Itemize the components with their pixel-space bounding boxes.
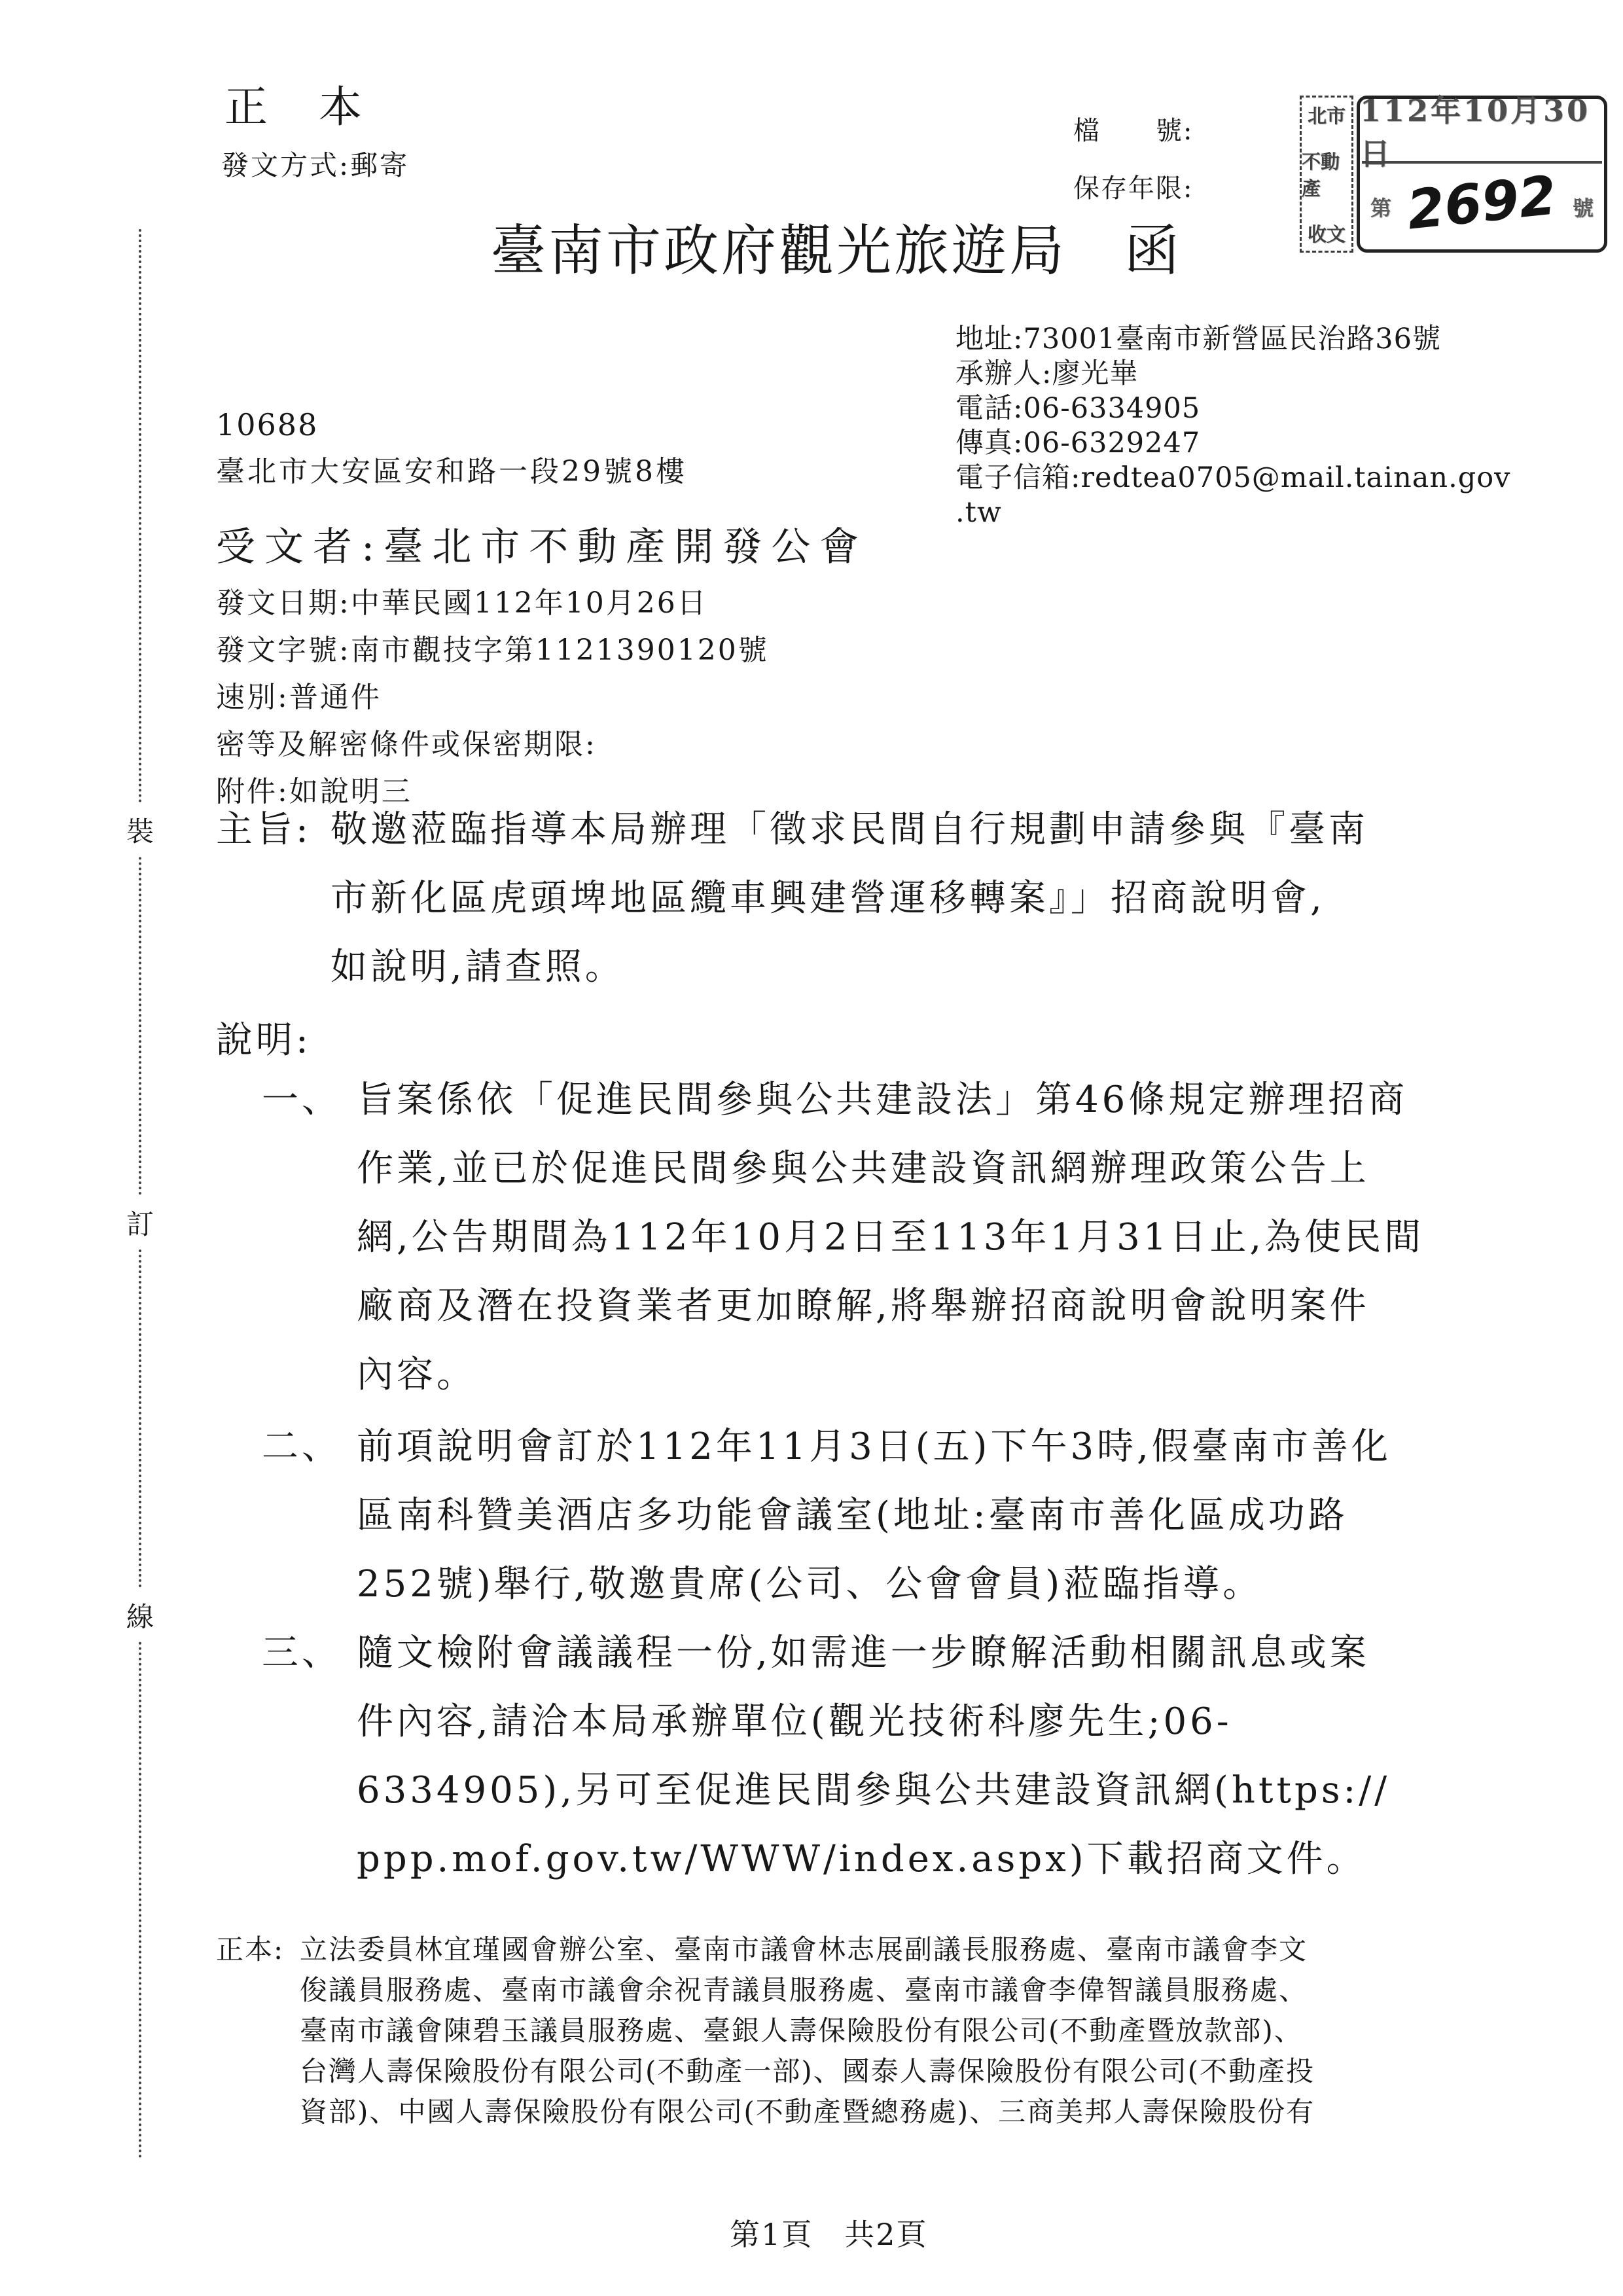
description-item-2-content: 前項說明會訂於112年11月3日(五)下午3時,假臺南市善化 區南科贊美酒店多功… xyxy=(357,1412,1456,1619)
received-stamp: 北市 不動產 收文 112年10月30日 第 2692 號 xyxy=(1300,96,1607,253)
sender-contact-block: 地址:73001臺南市新營區民治路36號 承辦人:廖光崋 電話:06-63349… xyxy=(955,322,1616,530)
stamp-number-suffix: 號 xyxy=(1573,192,1594,222)
received-stamp-body: 112年10月30日 第 2692 號 xyxy=(1357,96,1607,253)
received-stamp-agency: 北市 不動產 收文 xyxy=(1300,96,1353,253)
subject-label: 主旨: xyxy=(216,795,312,864)
binding-mark-ding: 訂 xyxy=(123,1196,157,1249)
retention-period-label: 保存年限: xyxy=(1073,168,1193,205)
description-item-1-content: 旨案係依「促進民間參與公共建設法」第46條規定辦理招商 作業,並已於促進民間參與… xyxy=(357,1066,1456,1409)
description-heading: 說明: xyxy=(216,1011,312,1064)
binding-dotted-line xyxy=(139,229,141,2160)
binding-mark-xian: 線 xyxy=(123,1589,157,1641)
recipient-line: 受文者:臺北市不動產開發公會 xyxy=(216,516,868,572)
stamp-side-line: 北市 xyxy=(1308,101,1346,128)
binding-mark-zhuang: 裝 xyxy=(123,804,157,856)
distribution-list: 立法委員林宜瑾國會辦公室、臺南市議會林志展副議長服務處、臺南市議會李文 俊議員服… xyxy=(300,1929,1478,2132)
stamp-handwritten-number: 2692 xyxy=(1404,164,1560,242)
received-stamp-date: 112年10月30日 xyxy=(1360,99,1604,161)
recipient-zip: 10688 xyxy=(216,407,318,442)
stamp-side-line: 不動產 xyxy=(1302,147,1351,201)
stamp-side-line: 收文 xyxy=(1308,220,1346,247)
page-number: 第1頁 共2頁 xyxy=(730,2211,928,2254)
received-stamp-number-row: 第 2692 號 xyxy=(1360,164,1604,249)
delivery-method: 發文方式:郵寄 xyxy=(221,144,409,183)
description-item-1-number: 一、 xyxy=(262,1066,342,1134)
description-item-3-number: 三、 xyxy=(262,1619,342,1687)
subject-content: 敬邀蒞臨指導本局辦理「徵求民間自行規劃申請參與『臺南 市新化區虎頭埤地區纜車興建… xyxy=(330,795,1482,1001)
distribution-list-label: 正本: xyxy=(216,1929,284,1970)
stamp-number-prefix: 第 xyxy=(1370,192,1391,222)
document-title: 臺南市政府觀光旅遊局 函 xyxy=(491,207,1182,286)
scanned-official-letter: 正 本 發文方式:郵寄 檔 號: 保存年限: 北市 不動產 收文 112年10月… xyxy=(0,0,1623,2296)
file-number-label: 檔 號: xyxy=(1073,110,1193,147)
document-metadata: 發文日期:中華民國112年10月26日 發文字號:南市觀技字第112139012… xyxy=(216,580,1132,816)
copy-type-label: 正 本 xyxy=(224,72,366,134)
description-item-2-number: 二、 xyxy=(262,1412,342,1481)
description-item-3-content: 隨文檢附會議議程一份,如需進一步瞭解活動相關訊息或案 件內容,請洽本局承辦單位(… xyxy=(357,1619,1456,1893)
recipient-address: 臺北市大安區安和路一段29號8樓 xyxy=(216,448,687,490)
